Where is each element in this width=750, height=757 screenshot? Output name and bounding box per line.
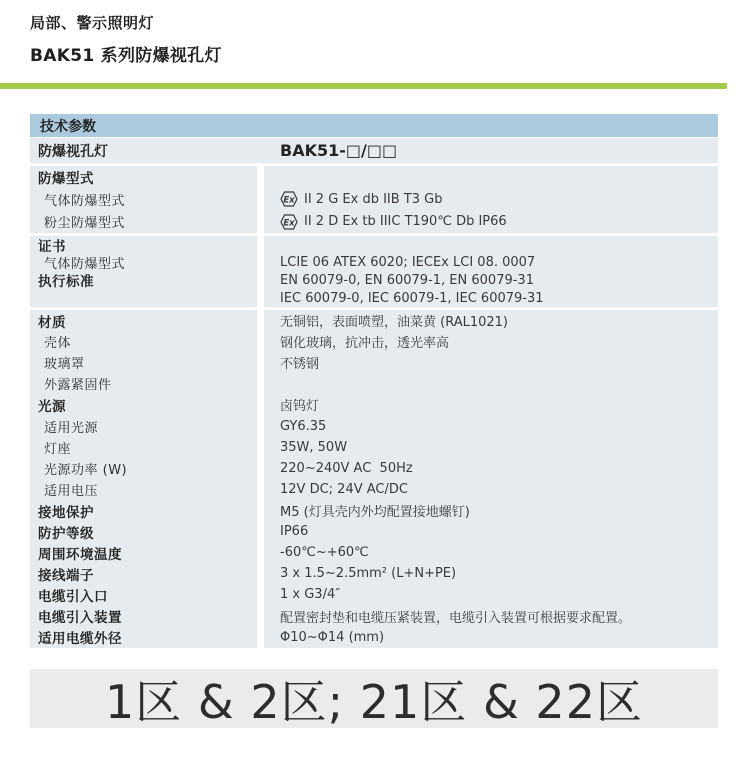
column-divider [257,500,264,521]
spec-value: 钢化玻璃，抗冲击，透光率高 [264,331,718,352]
atex-ex-hexagon-icon: Ex [280,214,298,230]
spec-label: 电缆引入装置 [30,606,257,627]
table-row: 光源功率 (W)220~240V AC 50Hz [30,458,718,479]
spec-value-text: LCIE 06 ATEX 6020; IECEx LCI 08. 0007 [280,255,535,270]
spec-value-text: Φ10~Φ14 (mm) [280,630,384,645]
spec-value: GY6.35 [264,416,718,437]
spec-label: 气体防爆型式 [30,188,257,210]
spec-value: Ex II 2 D Ex tb IIIC T190℃ Db IP66 [264,211,718,233]
spec-value: 35W, 50W [264,437,718,458]
spec-value-text: 不锈钢 [280,353,319,372]
spec-label: 电缆引入口 [30,584,257,605]
spec-value: EN 60079-0, EN 60079-1, EN 60079-31 [264,272,718,290]
table-row: 材质无铜铝，表面喷塑，油菜黄 (RAL1021) [30,310,718,331]
column-divider [257,479,264,500]
column-divider [257,458,264,479]
spec-value: 12V DC; 24V AC/DC [264,479,718,500]
spec-label: 粉尘防爆型式 [30,211,257,233]
table-row: 灯座35W, 50W [30,437,718,458]
spec-value-text: 1 x G3/4″ [280,587,340,602]
spec-label: 防护等级 [30,521,257,542]
table-row: 适用电压12V DC; 24V AC/DC [30,479,718,500]
spec-label: 材质 [30,310,257,331]
spec-label: 气体防爆型式 [30,254,257,272]
spec-value-text: IEC 60079-0, IEC 60079-1, IEC 60079-31 [280,291,544,306]
table-row: 电缆引入口1 x G3/4″ [30,584,718,605]
category-title: 局部、警示照明灯 [30,12,154,33]
column-divider [257,542,264,563]
spec-label: 光源功率 (W) [30,458,257,479]
spec-label: 外露紧固件 [30,373,257,394]
spec-value-text: 卤钨灯 [280,395,319,414]
spec-label: 光源 [30,394,257,415]
spec-value: 220~240V AC 50Hz [264,458,718,479]
spec-value-text: GY6.35 [280,419,326,434]
spec-value: 不锈钢 [264,352,718,373]
column-divider [257,584,264,605]
svg-text:Ex: Ex [283,196,295,206]
spec-value: 卤钨灯 [264,394,718,415]
table-row: 光源卤钨灯 [30,394,718,415]
tech-params-header-label: 技术参数 [40,116,96,136]
table-row: 外露紧固件 [30,373,718,394]
spec-label: 周围环境温度 [30,542,257,563]
spec-value: Φ10~Φ14 (mm) [264,627,718,648]
table-row: 周围环境温度-60℃~+60℃ [30,542,718,563]
column-divider [257,310,264,331]
spec-label: 灯座 [30,437,257,458]
table-row: IEC 60079-0, IEC 60079-1, IEC 60079-31 [30,289,718,307]
column-divider [257,606,264,627]
table-row: 气体防爆型式LCIE 06 ATEX 6020; IECEx LCI 08. 0… [30,254,718,272]
spec-label [30,289,257,307]
column-divider [257,211,264,233]
spec-value: IEC 60079-0, IEC 60079-1, IEC 60079-31 [264,289,718,307]
spec-value: 配置密封垫和电缆压紧装置，电缆引入装置可根据要求配置。 [264,606,718,627]
spec-value: Ex II 2 G Ex db IIB T3 Gb [264,188,718,210]
spec-label: 适用电压 [30,479,257,500]
spec-value [264,236,718,254]
table-row: 防爆型式 [30,166,718,188]
column-divider [257,352,264,373]
spec-value-text: 220~240V AC 50Hz [280,461,413,476]
column-divider [257,272,264,290]
spec-value [264,373,718,394]
column-divider [257,188,264,210]
table-row: 壳体钢化玻璃，抗冲击，透光率高 [30,331,718,352]
spec-value-text: 35W, 50W [280,440,347,455]
spec-label: 接线端子 [30,563,257,584]
spec-label: 壳体 [30,331,257,352]
table-row: 电缆引入装置配置密封垫和电缆压紧装置，电缆引入装置可根据要求配置。 [30,606,718,627]
spec-value: -60℃~+60℃ [264,542,718,563]
spec-value-text: EN 60079-0, EN 60079-1, EN 60079-31 [280,273,534,288]
spec-value-text: M5 (灯具壳内外均配置接地螺钉) [280,501,470,520]
spec-value-text: 配置密封垫和电缆压紧装置，电缆引入装置可根据要求配置。 [280,607,631,626]
spec-value: LCIE 06 ATEX 6020; IECEx LCI 08. 0007 [264,254,718,272]
spec-value-text: 无铜铝，表面喷塑，油菜黄 (RAL1021) [280,311,508,330]
column-divider [257,166,264,188]
column-divider [257,437,264,458]
hazardous-zone-banner: 1区 & 2区; 21区 & 22区 [30,669,718,728]
column-divider [257,373,264,394]
spec-value: M5 (灯具壳内外均配置接地螺钉) [264,500,718,521]
table-row: 气体防爆型式 Ex II 2 G Ex db IIB T3 Gb [30,188,718,210]
spec-value-text: II 2 G Ex db IIB T3 Gb [304,192,442,207]
svg-text:Ex: Ex [283,218,295,228]
spec-label: 接地保护 [30,500,257,521]
spec-section-2: 材质无铜铝，表面喷塑，油菜黄 (RAL1021)壳体钢化玻璃，抗冲击，透光率高玻… [30,310,718,648]
table-row: 证书 [30,236,718,254]
spec-label: 玻璃罩 [30,352,257,373]
product-model-row: 防爆视孔灯 BAK51-□/□□ [30,138,718,163]
spec-value-text: II 2 D Ex tb IIIC T190℃ Db IP66 [304,214,507,229]
spec-value [264,166,718,188]
accent-divider [0,83,727,89]
column-divider [257,627,264,648]
column-divider [257,289,264,307]
spec-label: 适用电缆外径 [30,627,257,648]
spec-value-text: 3 x 1.5~2.5mm² (L+N+PE) [280,566,456,581]
spec-value-text: IP66 [280,524,308,539]
spec-value: IP66 [264,521,718,542]
spec-section-1: 证书气体防爆型式LCIE 06 ATEX 6020; IECEx LCI 08.… [30,236,718,307]
spec-label: 证书 [30,236,257,254]
column-divider [257,394,264,415]
spec-value: 1 x G3/4″ [264,584,718,605]
atex-ex-hexagon-icon: Ex [280,191,298,207]
table-row: 接地保护M5 (灯具壳内外均配置接地螺钉) [30,500,718,521]
spec-label: 执行标准 [30,272,257,290]
table-row: 接线端子3 x 1.5~2.5mm² (L+N+PE) [30,563,718,584]
spec-value-text: 钢化玻璃，抗冲击，透光率高 [280,332,449,351]
spec-value-text: 12V DC; 24V AC/DC [280,482,408,497]
column-divider [257,416,264,437]
table-row: 适用电缆外径Φ10~Φ14 (mm) [30,627,718,648]
spec-label: 适用光源 [30,416,257,437]
column-divider [257,331,264,352]
product-model-label: 防爆视孔灯 [38,138,108,163]
spec-section-0: 防爆型式气体防爆型式 Ex II 2 G Ex db IIB T3 Gb粉尘防爆… [30,166,718,233]
tech-params-header-bar: 技术参数 [30,114,718,137]
product-model-value: BAK51-□/□□ [280,138,397,163]
column-divider [257,563,264,584]
spec-value: 无铜铝，表面喷塑，油菜黄 (RAL1021) [264,310,718,331]
table-row: 玻璃罩不锈钢 [30,352,718,373]
spec-value: 3 x 1.5~2.5mm² (L+N+PE) [264,563,718,584]
table-row: 防护等级IP66 [30,521,718,542]
table-row: 适用光源GY6.35 [30,416,718,437]
table-row: 执行标准EN 60079-0, EN 60079-1, EN 60079-31 [30,272,718,290]
column-divider [257,236,264,254]
column-divider [257,521,264,542]
page-title: BAK51 系列防爆视孔灯 [30,41,222,66]
column-divider [257,254,264,272]
spec-label: 防爆型式 [30,166,257,188]
spec-value-text: -60℃~+60℃ [280,545,369,560]
table-row: 粉尘防爆型式 Ex II 2 D Ex tb IIIC T190℃ Db IP6… [30,211,718,233]
datasheet-page: { "header": { "category": "局部、警示照明灯", "t… [0,0,750,757]
